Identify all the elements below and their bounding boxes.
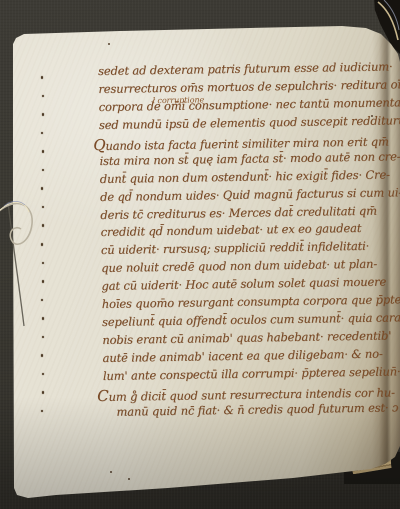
pricking-dot (42, 150, 44, 153)
pricking-dot (41, 76, 43, 79)
pricking-dot (41, 354, 43, 357)
pricking-dot (42, 169, 44, 172)
photo-background: sedet ad dexteram patris futurum esse ad… (0, 0, 400, 509)
pricking-dot (42, 373, 44, 376)
pricking-dot (42, 391, 44, 394)
binding-wire (0, 190, 50, 340)
interlinear-gloss: ł corruptione (153, 95, 205, 105)
pricking-dot (41, 132, 43, 135)
page-overlay: sedet ad dexteram patris futurum esse ad… (0, 0, 400, 509)
pricking-dot (42, 95, 44, 98)
text-block: sedet ad dexteram patris futurum esse ad… (98, 59, 400, 422)
pricking-dot (42, 113, 44, 116)
pricking-dot (41, 410, 43, 413)
